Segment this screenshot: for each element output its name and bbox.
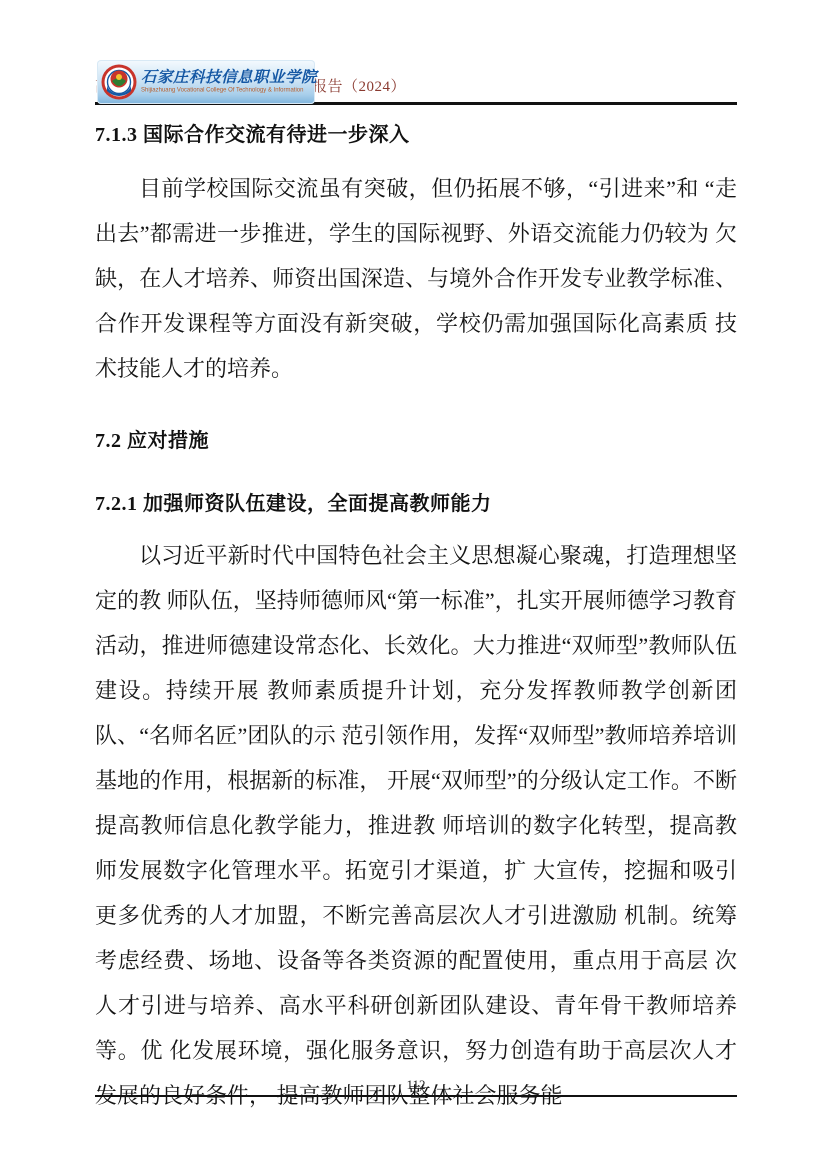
page-footer: 112 bbox=[95, 1076, 737, 1097]
paragraph-7-2-1: 以习近平新时代中国特色社会主义思想凝心聚魂，打造理想坚定的教 师队伍，坚持师德师… bbox=[95, 533, 737, 1118]
college-logo-text: 石家庄科技信息职业学院 Shijiazhuang Vocational Coll… bbox=[141, 70, 318, 95]
paragraph-7-1-3: 目前学校国际交流虽有突破，但仍拓展不够，“引进来”和 “走出去”都需进一步推进，… bbox=[95, 166, 737, 391]
college-name-zh: 石家庄科技信息职业学院 bbox=[141, 70, 318, 86]
document-page: 石家庄科技信息职业学院 Shijiazhuang Vocational Coll… bbox=[0, 0, 827, 1169]
page-header: 石家庄科技信息职业学院 Shijiazhuang Vocational Coll… bbox=[95, 58, 737, 105]
college-emblem-icon bbox=[101, 64, 137, 100]
college-logo: 石家庄科技信息职业学院 Shijiazhuang Vocational Coll… bbox=[97, 60, 315, 104]
heading-7-1-3: 7.1.3 国际合作交流有待进一步深入 bbox=[95, 118, 737, 147]
heading-7-2: 7.2 应对措施 bbox=[95, 424, 737, 453]
college-name-en: Shijiazhuang Vocational College Of Techn… bbox=[141, 88, 303, 94]
page-number: 112 bbox=[406, 1077, 425, 1092]
heading-7-2-1: 7.2.1 加强师资队伍建设，全面提高教师能力 bbox=[95, 487, 737, 516]
